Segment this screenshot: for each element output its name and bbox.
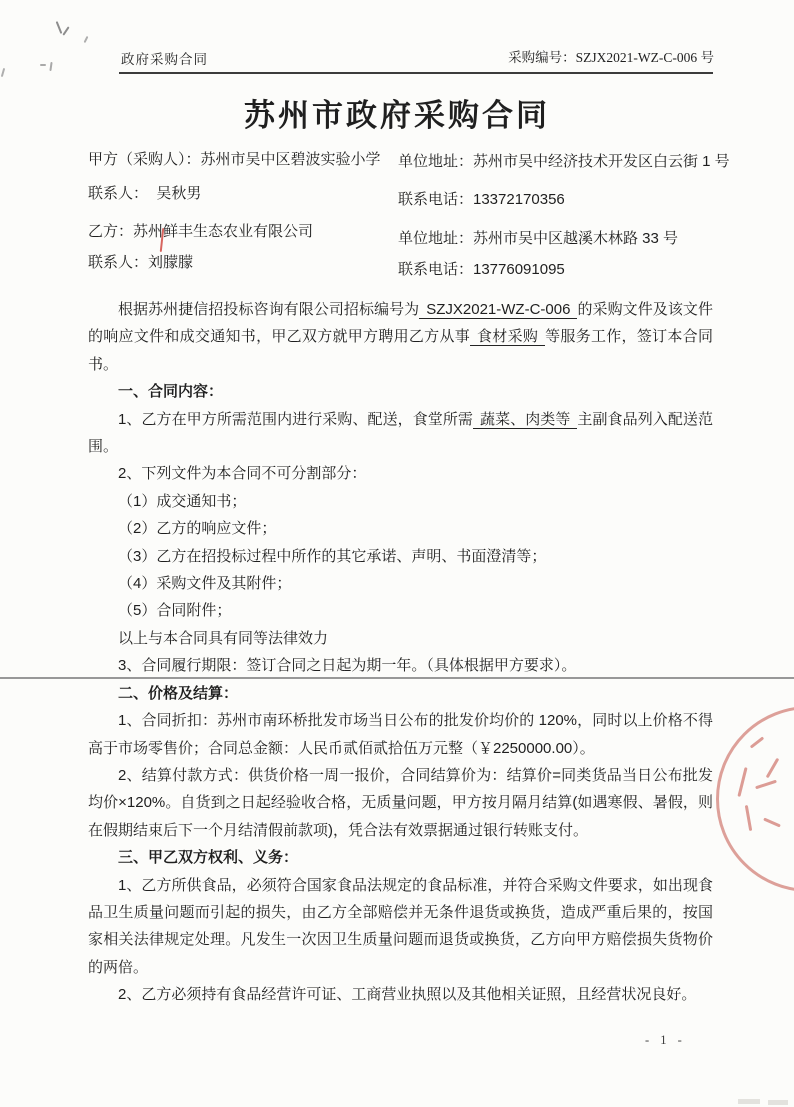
pencil-mark: [62, 26, 69, 35]
section1-item1: 1、乙方在甲方所需范围内进行采购、配送，食堂所需蔬菜、肉类等主副食品列入配送范围…: [88, 406, 713, 461]
page-number: - 1 -: [645, 1033, 686, 1048]
party-b-name: 乙方：苏州鲜丰生态农业有限公司: [88, 220, 313, 241]
pencil-mark: [84, 36, 89, 43]
header-doc-type: 政府采购合同: [121, 48, 208, 68]
intro-paragraph: 根据苏州捷信招投标咨询有限公司招标编号为SZJX2021-WZ-C-006的采购…: [88, 296, 713, 378]
fold-line: [0, 677, 794, 679]
section3-heading: 三、甲乙双方权利、义务：: [88, 844, 713, 871]
section1-heading: 一、合同内容：: [88, 378, 713, 405]
scan-smudge: [738, 1099, 760, 1104]
page-title: 苏州市政府采购合同: [0, 90, 794, 135]
contract-page: 政府采购合同 采购编号：SZJX2021-WZ-C-006 号 苏州市政府采购合…: [0, 0, 794, 1107]
section1-subitem-5: （5）合同附件；: [88, 597, 713, 624]
service-scope-underlined: 食材采购: [470, 328, 545, 346]
section1-subitem-4: （4）采购文件及其附件；: [88, 570, 713, 597]
tender-number-underlined: SZJX2021-WZ-C-006: [419, 301, 577, 319]
red-seal-stamp: [716, 706, 794, 892]
pencil-mark: [56, 21, 63, 34]
header-rule: [119, 72, 713, 74]
party-b-phone: 联系电话：13776091095: [398, 258, 565, 279]
contract-body: 根据苏州捷信招投标咨询有限公司招标编号为SZJX2021-WZ-C-006的采购…: [88, 296, 713, 1009]
intro-text-1: 根据苏州捷信招投标咨询有限公司招标编号为: [118, 301, 419, 318]
seal-stroke: [737, 767, 747, 797]
party-b-contact: 联系人：刘朦朦: [88, 251, 193, 272]
seal-stroke: [755, 780, 777, 790]
section3-item2: 2、乙方必须持有食品经营许可证、工商营业执照以及其他相关证照，且经营状况良好。: [88, 981, 713, 1008]
party-a-phone: 联系电话：13372170356: [398, 188, 565, 209]
party-a-name: 甲方（采购人）：苏州市吴中区碧波实验小学: [88, 148, 381, 169]
party-a-address: 单位地址：苏州市吴中经济技术开发区白云街 1 号: [398, 150, 730, 171]
seal-stroke: [766, 758, 780, 779]
section1-note: 以上与本合同具有同等法律效力: [88, 625, 713, 652]
supply-items-underlined: 蔬菜、肉类等: [473, 411, 577, 429]
section1-subitem-1: （1）成交通知书；: [88, 488, 713, 515]
header-procurement-number: 采购编号：SZJX2021-WZ-C-006 号: [508, 46, 714, 66]
scan-smudge: [768, 1100, 788, 1105]
section1-subitem-2: （2）乙方的响应文件；: [88, 515, 713, 542]
section1-item2: 2、下列文件为本合同不可分割部分：: [88, 460, 713, 487]
section2-item1: 1、合同折扣：苏州市南环桥批发市场当日公布的批发价均价的 120%，同时以上价格…: [88, 707, 713, 762]
section2-heading: 二、价格及结算：: [88, 680, 713, 707]
seal-stroke: [750, 736, 764, 748]
party-a-contact: 联系人： 吴秋男: [88, 182, 201, 203]
section1-item3: 3、合同履行期限：签订合同之日起为期一年。（具体根据甲方要求）。: [88, 652, 713, 679]
section2-item2: 2、结算付款方式：供货价格一周一报价，合同结算价为：结算价=同类货品当日公布批发…: [88, 762, 713, 844]
seal-stroke: [763, 817, 781, 827]
section1-subitem-3: （3）乙方在招投标过程中所作的其它承诺、声明、书面澄清等；: [88, 543, 713, 570]
section3-item1: 1、乙方所供食品，必须符合国家食品法规定的食品标准，并符合采购文件要求，如出现食…: [88, 872, 713, 982]
section1-item1-text-a: 1、乙方在甲方所需范围内进行采购、配送，食堂所需: [118, 411, 473, 428]
pencil-mark: [49, 62, 52, 71]
pencil-mark: [40, 64, 46, 66]
party-b-address: 单位地址：苏州市吴中区越溪木林路 33 号: [398, 227, 678, 248]
seal-stroke: [745, 805, 752, 831]
pencil-mark: [1, 68, 5, 77]
